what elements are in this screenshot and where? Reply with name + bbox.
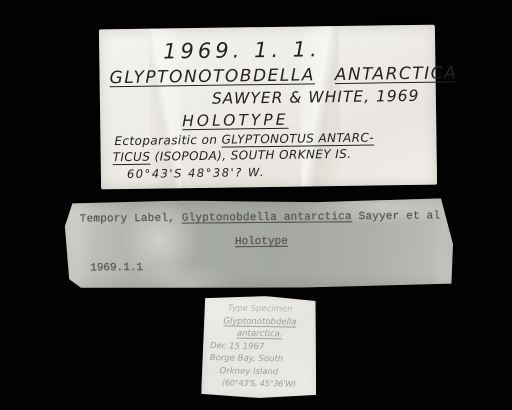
pencil-species-text: antarctica. (237, 329, 283, 340)
species-name: ANTARCTICA (335, 63, 458, 85)
handwritten-holotype-label: 1969. 1. 1. GLYPTONOTOBDELLA ANTARCTICA … (99, 25, 437, 190)
pencil-genus-text: Glyptonotobdella (223, 316, 296, 327)
authority: SAWYER & WHITE, 1969 (212, 87, 420, 108)
photo-background: 1969. 1. 1. GLYPTONOTOBDELLA ANTARCTICA … (0, 0, 512, 410)
status-text-typed: Holotype (235, 236, 288, 248)
coordinates: 60°43'S 48°38'? W. (127, 165, 265, 181)
pencil-line-coordinates: (60°43'S, 45°36'W) (201, 377, 316, 392)
registration-number-typed: 1969.1.1 (90, 262, 143, 274)
status-holotype: HOLOTYPE (182, 111, 289, 130)
pencil-line-locality2: Orkney Island (201, 364, 316, 379)
taxon-typed: Glyptonobdella antarctica (182, 211, 352, 224)
genus-name: GLYPTONOTOBDELLA (109, 65, 315, 88)
temporary-label-prefix: Tempory Label, (80, 213, 182, 226)
authority-typed: Sayyer et al (359, 210, 441, 223)
status-text: HOLOTYPE (182, 111, 289, 130)
pencil-field-label: Type Specimen Glyptonotobdella antarctic… (201, 295, 318, 399)
status-holotype-typed: Holotype (235, 236, 288, 248)
registration-number: 1969. 1. 1. (163, 37, 321, 63)
temporary-label-line: Tempory Label, Glyptonobdella antarctica… (80, 210, 441, 225)
locality-text: (ISOPODA), SOUTH ORKNEY IS. (154, 147, 351, 164)
host-note-line2: TICUS (ISOPODA), SOUTH ORKNEY IS. (113, 147, 352, 164)
host-genus: GLYPTONOTUS ANTARC- (221, 131, 374, 147)
host-note-line1: Ectoparasitic on GLYPTONOTUS ANTARC- (114, 131, 374, 149)
taxon-name: GLYPTONOTOBDELLA ANTARCTICA (109, 63, 457, 88)
host-species-continuation: TICUS (113, 150, 151, 165)
typed-temporary-label: Tempory Label, Glyptonobdella antarctica… (65, 198, 454, 289)
host-note-prefix: Ectoparasitic on (114, 133, 221, 148)
